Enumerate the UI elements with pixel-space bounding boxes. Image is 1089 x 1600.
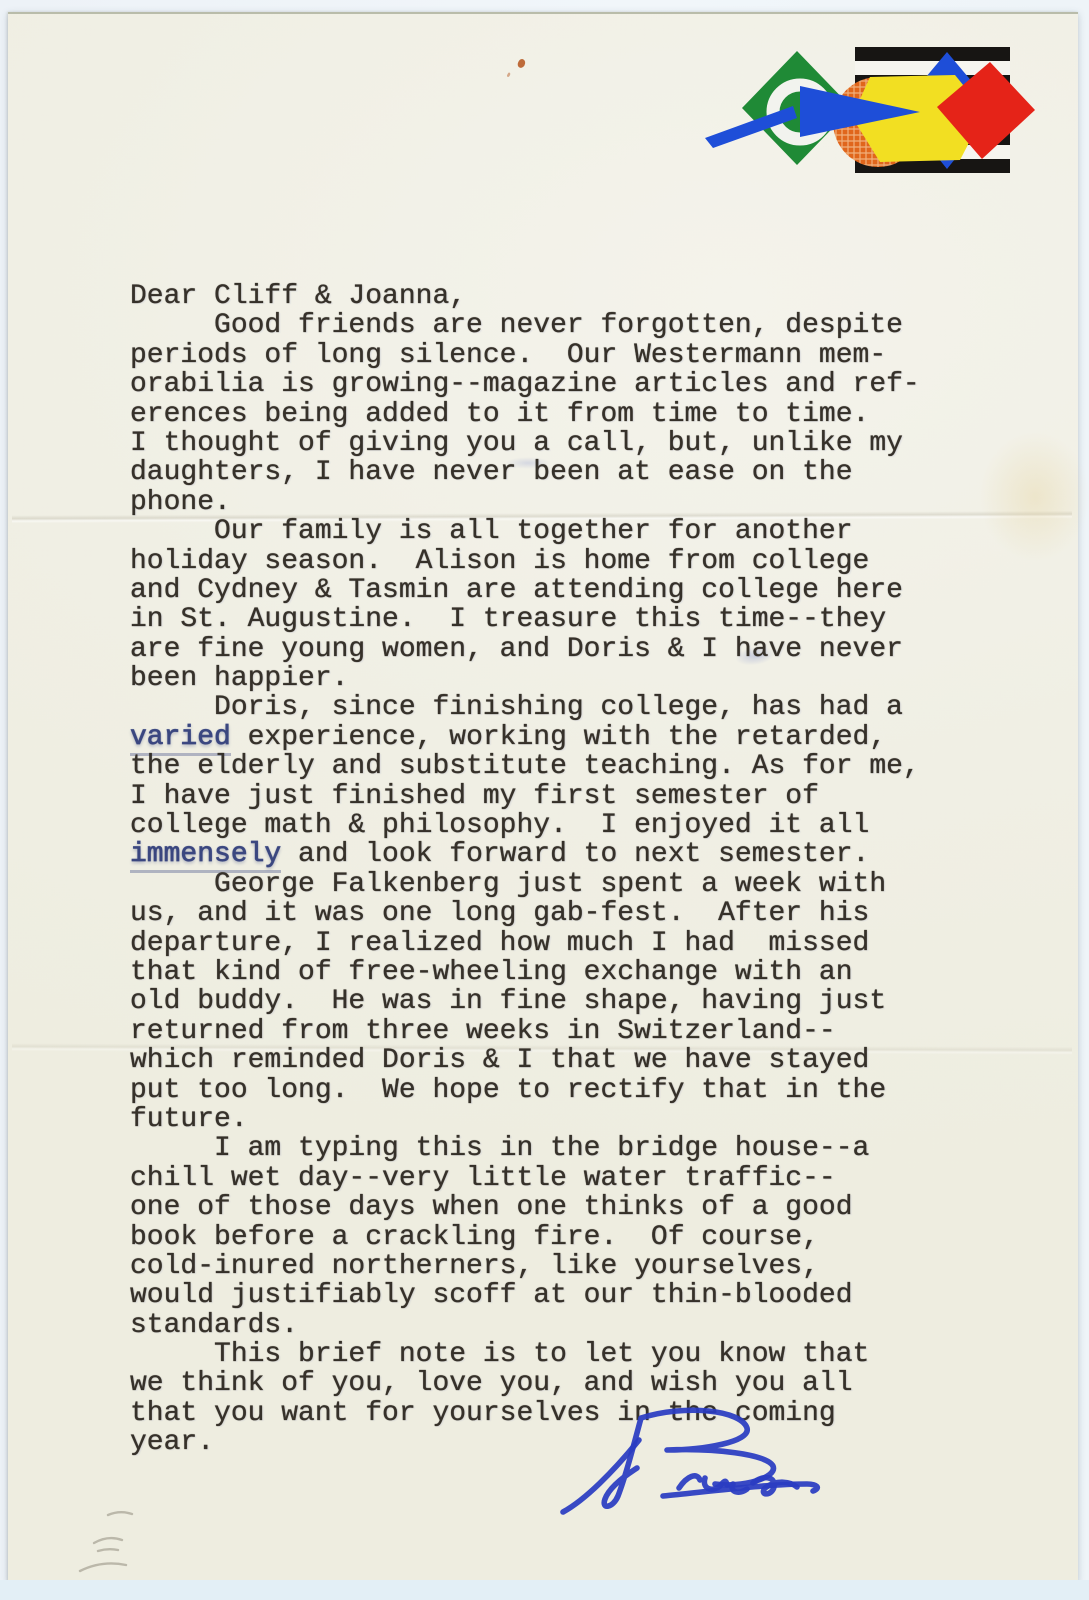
letter-line: standards. [130,1311,920,1340]
scan-background-strip [0,1580,1089,1600]
letter-line: I am typing this in the bridge house--a [130,1134,920,1163]
letter-body: Dear Cliff & Joanna, Good friends are ne… [130,282,920,1458]
letter-line: are fine young women, and Doris & I have… [130,635,920,664]
letter-line: George Falkenberg just spent a week with [130,870,920,899]
letter-line: holiday season. Alison is home from coll… [130,547,920,576]
rust-speck [516,58,526,69]
letter-line: returned from three weeks in Switzerland… [130,1017,920,1046]
letter-line: cold-inured northerners, like yourselves… [130,1252,920,1281]
letter-line: Our family is all together for another [130,517,920,546]
letter-line: daughters, I have never been at ease on … [130,458,920,487]
letter-line: put too long. We hope to rectify that in… [130,1076,920,1105]
letter-line: This brief note is to let you know that [130,1340,920,1369]
letter-line: which reminded Doris & I that we have st… [130,1046,920,1075]
letter-line: erences being added to it from time to t… [130,400,920,429]
letter-line: chill wet day--very little water traffic… [130,1164,920,1193]
letter-line: immensely and look forward to next semes… [130,840,920,869]
letter-line: in St. Augustine. I treasure this time--… [130,605,920,634]
letter-line: book before a crackling fire. Of course, [130,1223,920,1252]
letter-line: one of those days when one thinks of a g… [130,1193,920,1222]
letter-line: college math & philosophy. I enjoyed it … [130,811,920,840]
letter-line: the elderly and substitute teaching. As … [130,752,920,781]
letter-line: we think of you, love you, and wish you … [130,1369,920,1398]
signature-bruce: Bruce [545,1400,845,1530]
collage-artwork [695,42,1040,182]
letter-paper: Dear Cliff & Joanna, Good friends are ne… [8,12,1078,1582]
letter-line: departure, I realized how much I had mis… [130,929,920,958]
letter-line: Dear Cliff & Joanna, [130,282,920,311]
letter-line: old buddy. He was in fine shape, having … [130,987,920,1016]
letter-line: Good friends are never forgotten, despit… [130,311,920,340]
letter-line: would justifiably scoff at our thin-bloo… [130,1281,920,1310]
letter-line: us, and it was one long gab-fest. After … [130,899,920,928]
letter-line: phone. [130,488,920,517]
letter-line: periods of long silence. Our Westermann … [130,341,920,370]
letter-line: and Cydney & Tasmin are attending colleg… [130,576,920,605]
letter-line: I thought of giving you a call, but, unl… [130,429,920,458]
letter-line: varied experience, working with the reta… [130,723,920,752]
letter-line: that kind of free-wheeling exchange with… [130,958,920,987]
pencil-marks [60,1497,180,1587]
letter-line: been happier. [130,664,920,693]
letter-line: future. [130,1105,920,1134]
paper-stain [980,432,1089,562]
letter-line: Doris, since finishing college, has had … [130,693,920,722]
letter-line: orabilia is growing--magazine articles a… [130,370,920,399]
letter-line: I have just finished my first semester o… [130,782,920,811]
